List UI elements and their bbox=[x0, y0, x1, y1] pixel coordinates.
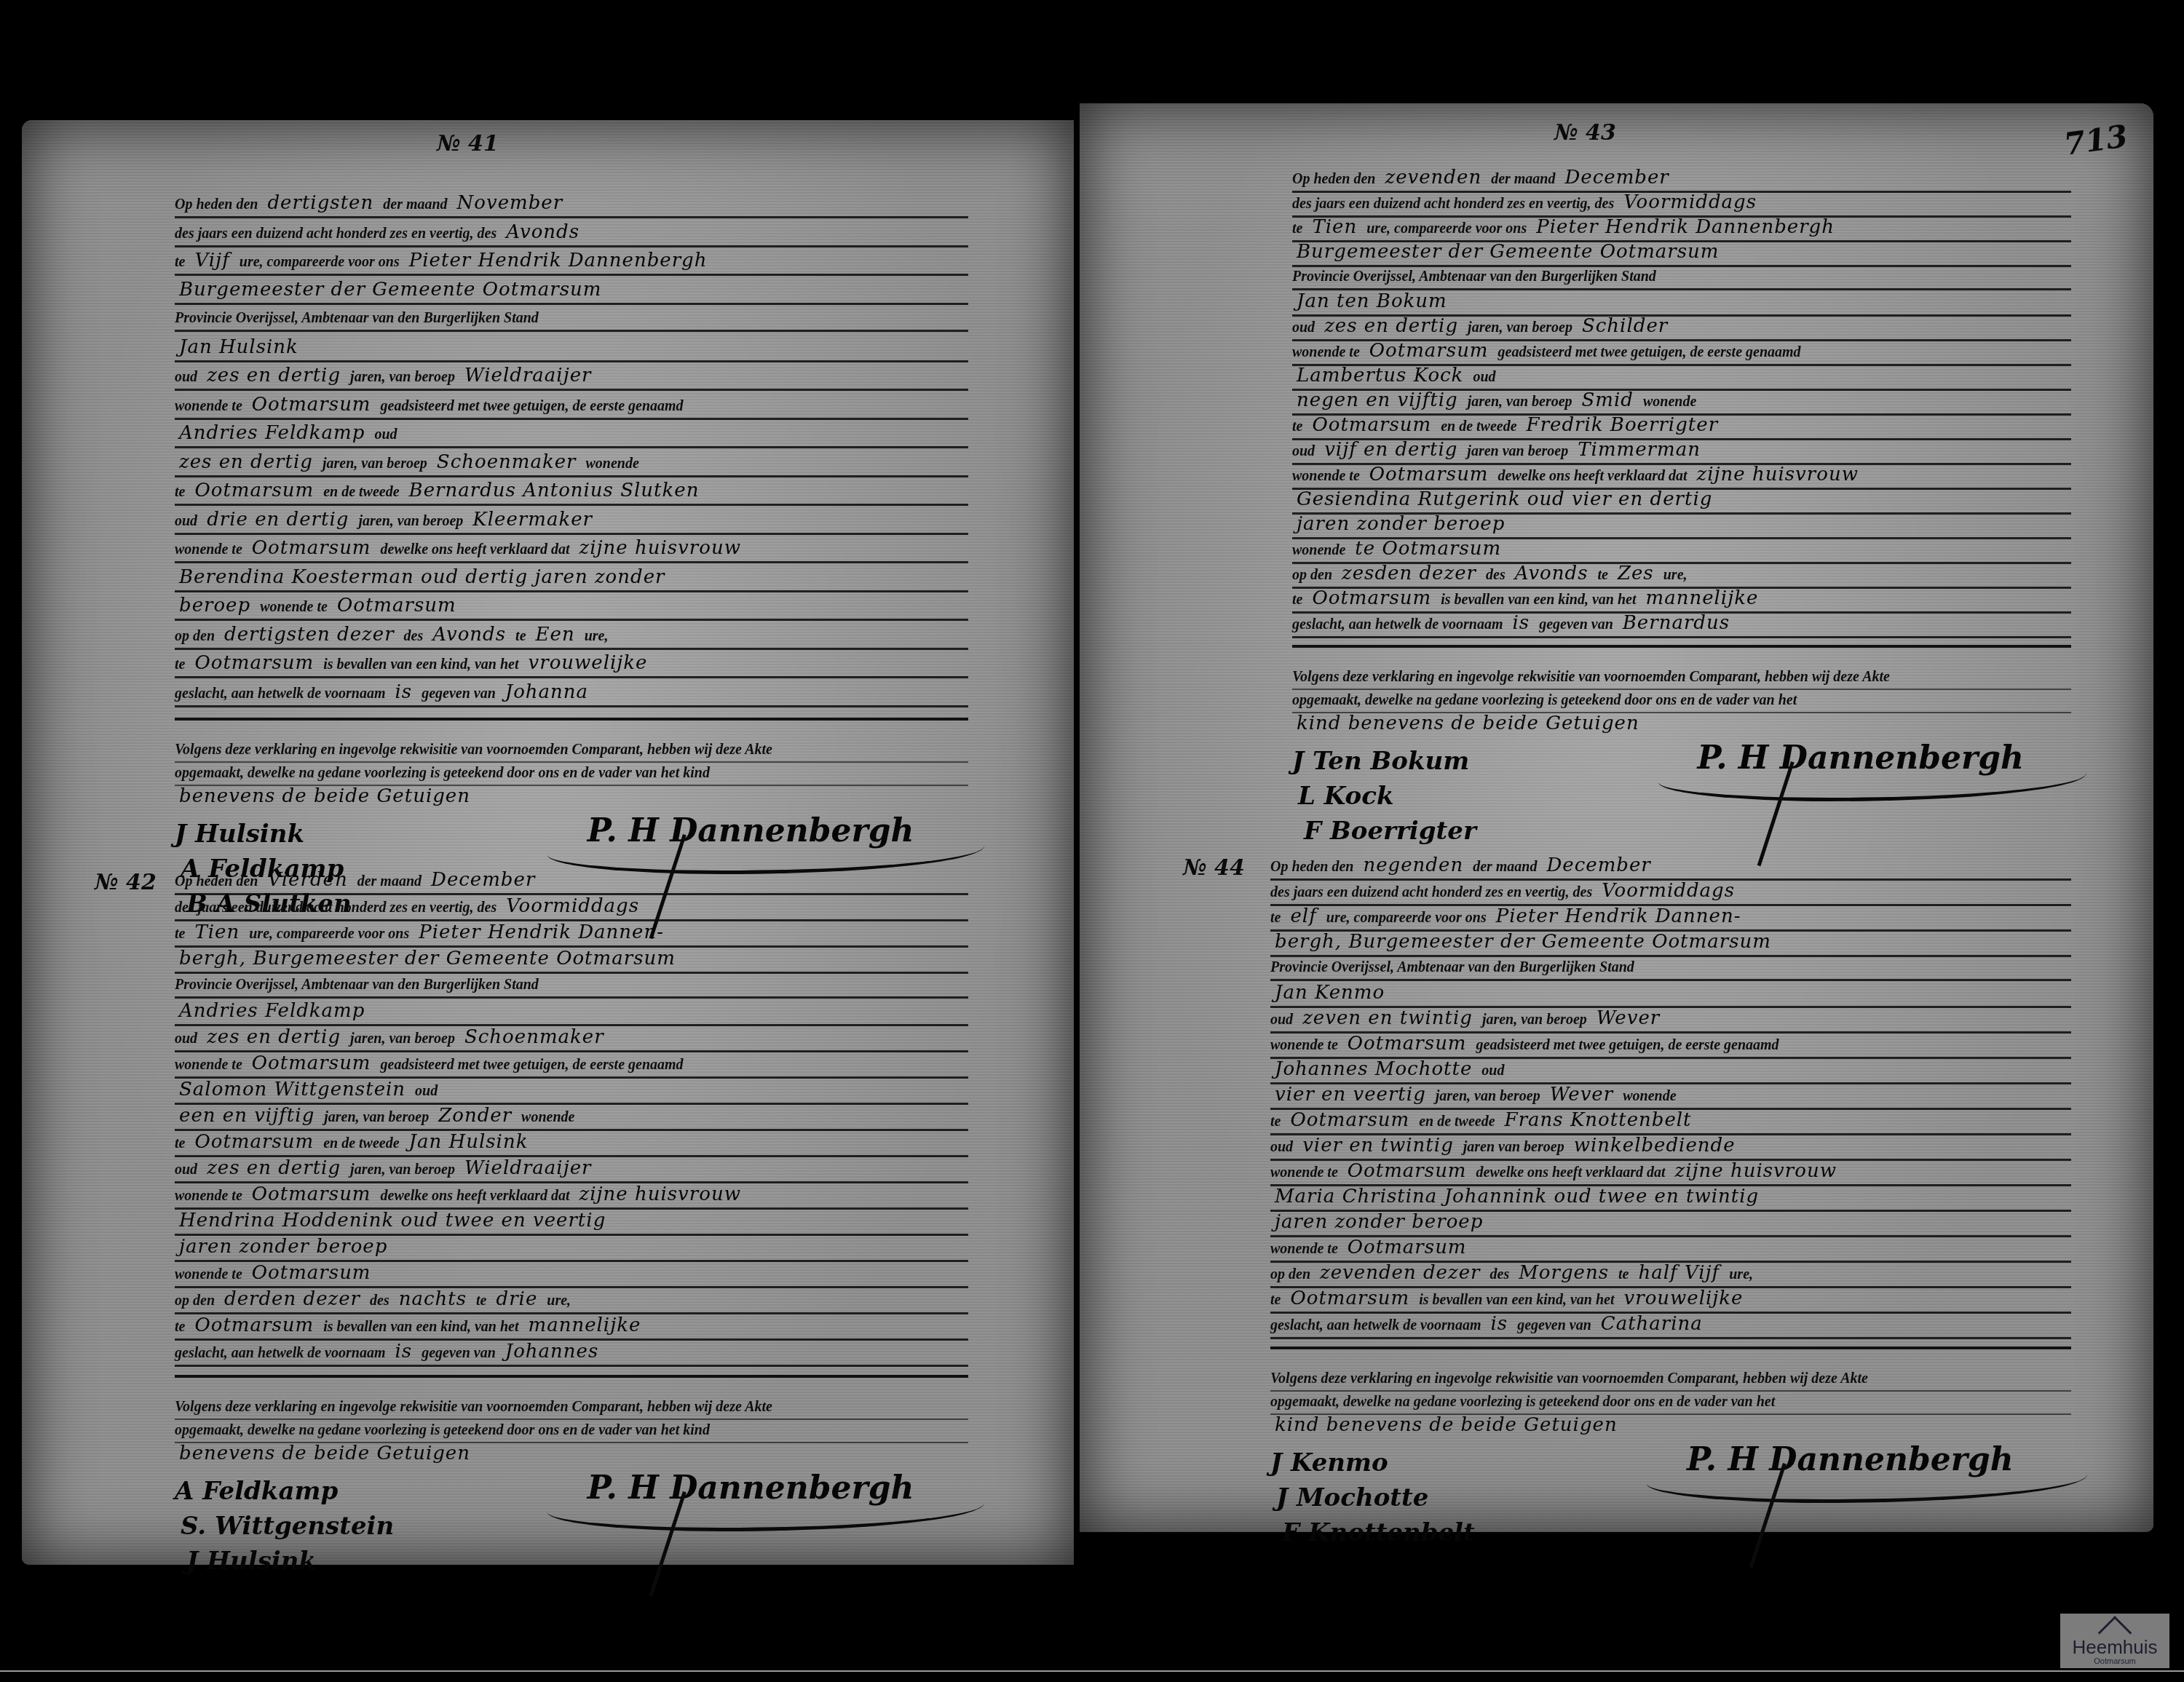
printed-text: te bbox=[175, 656, 185, 673]
printed-text: is bevallen van een kind, van het bbox=[1419, 1292, 1614, 1308]
handwritten-entry: Voormiddags bbox=[506, 895, 639, 917]
printed-text: dewelke ons heeft verklaard dat bbox=[381, 1188, 570, 1204]
printed-text: der maand bbox=[357, 873, 422, 889]
handwritten-entry: Jan Kenmo bbox=[1275, 982, 1385, 1004]
register-line: te Ootmarsum is bevallen van een kind, v… bbox=[175, 653, 968, 678]
handwritten-entry: Ootmarsum bbox=[1290, 1288, 1409, 1309]
printed-text: te bbox=[1292, 221, 1302, 237]
printed-text: op den bbox=[1270, 1266, 1310, 1282]
printed-text: wonende bbox=[521, 1109, 574, 1125]
register-line: Provincie Overijssel, Ambtenaar van den … bbox=[1292, 266, 2071, 290]
handwritten-entry: mannelijke bbox=[1646, 587, 1759, 609]
printed-text: wonende te bbox=[1270, 1037, 1338, 1053]
register-line: Op heden den dertigsten der maand Novemb… bbox=[175, 193, 968, 218]
register-line: Andries Feldkamp bbox=[175, 1001, 968, 1026]
register-line: oud zes en dertig jaren, van beroep Scho… bbox=[175, 1027, 968, 1052]
closing-text: benevens de beide Getuigen bbox=[179, 785, 470, 807]
handwritten-entry: Gesiendina Rutgerink oud vier en dertig bbox=[1297, 488, 1712, 510]
handwritten-entry: zijne huisvrouw bbox=[579, 1183, 741, 1205]
printed-text: dewelke ons heeft verklaard dat bbox=[1476, 1165, 1666, 1181]
printed-text: oud bbox=[1270, 1139, 1293, 1155]
register-line: jaren zonder beroep bbox=[175, 1237, 968, 1262]
handwritten-entry: Ootmarsum bbox=[1348, 1237, 1467, 1258]
act-number: № 43 bbox=[1554, 120, 1616, 146]
act-number: № 41 bbox=[437, 131, 499, 156]
handwritten-entry: Ootmarsum bbox=[252, 537, 371, 559]
register-line: des jaars een duizend acht honderd zes e… bbox=[1292, 192, 2071, 218]
printed-text: wonende bbox=[1623, 1088, 1676, 1104]
register-line: wonende te Ootmarsum bbox=[175, 1263, 968, 1288]
handwritten-entry: vier en twintig bbox=[1302, 1135, 1454, 1157]
closing-line: opgemaakt, dewelke na gedane voorlezing … bbox=[175, 763, 968, 786]
register-line: Burgemeester der Gemeente Ootmarsum bbox=[175, 279, 968, 305]
handwritten-entry: Kleermaker bbox=[472, 509, 593, 531]
handwritten-entry: Avonds bbox=[432, 624, 506, 646]
register-line: Andries Feldkamp oud bbox=[175, 423, 968, 448]
printed-text: ure, bbox=[547, 1293, 571, 1309]
handwritten-entry: Johannes bbox=[505, 1341, 599, 1362]
printed-text: ure, compareerde voor ons bbox=[249, 926, 409, 942]
printed-text: des jaars een duizend acht honderd zes e… bbox=[175, 900, 496, 916]
handwritten-entry: zes en dertig bbox=[207, 1026, 341, 1048]
handwritten-entry: zes en dertig bbox=[1324, 315, 1458, 337]
handwritten-entry: Ootmarsum bbox=[194, 1131, 314, 1153]
printed-text: wonende te bbox=[1292, 468, 1360, 484]
handwritten-entry: dertigsten dezer bbox=[224, 624, 395, 646]
section-divider bbox=[1292, 645, 2071, 648]
printed-text: Op heden den bbox=[175, 873, 258, 889]
register-line: te Ootmarsum en de tweede Bernardus Anto… bbox=[175, 480, 968, 506]
handwritten-entry: negenden bbox=[1363, 854, 1463, 876]
register-line: te Ootmarsum en de tweede Jan Hulsink bbox=[175, 1132, 968, 1157]
printed-text: geadsisteerd met twee getuigen, de eerst… bbox=[1476, 1037, 1779, 1053]
handwritten-entry: bergh, Burgemeester der Gemeente Ootmars… bbox=[179, 948, 676, 969]
printed-text: jaren van beroep bbox=[1463, 1139, 1564, 1155]
handwritten-entry: Jan ten Bokum bbox=[1297, 290, 1447, 312]
handwritten-entry: Ootmarsum bbox=[252, 1262, 371, 1284]
handwritten-entry: jaren zonder beroep bbox=[1297, 513, 1505, 535]
handwritten-entry: Smid bbox=[1582, 389, 1634, 411]
act-number: № 44 bbox=[1183, 855, 1245, 881]
handwritten-entry: Ootmarsum bbox=[194, 1314, 314, 1336]
printed-text: oud bbox=[1473, 369, 1495, 385]
handwritten-entry: Pieter Hendrik Dannen- bbox=[419, 921, 664, 943]
printed-text: der maand bbox=[1473, 859, 1537, 875]
handwritten-entry: Pieter Hendrik Dannen- bbox=[1496, 905, 1741, 927]
printed-text: oud bbox=[175, 369, 197, 385]
closing-text: kind benevens de beide Getuigen bbox=[1275, 1414, 1618, 1436]
closing-text: Volgens deze verklaring en ingevolge rek… bbox=[1270, 1370, 1868, 1387]
handwritten-entry: Andries Feldkamp bbox=[179, 422, 365, 444]
closing-line: benevens de beide Getuigen bbox=[175, 1443, 968, 1467]
section-divider bbox=[175, 1375, 968, 1378]
printed-text: jaren, van beroep bbox=[1468, 394, 1572, 410]
printed-text: geslacht, aan hetwelk de voornaam bbox=[1270, 1317, 1481, 1333]
printed-text: Op heden den bbox=[1292, 171, 1375, 187]
printed-text: oud bbox=[175, 513, 197, 529]
handwritten-entry: Salomon Wittgenstein bbox=[179, 1079, 405, 1100]
handwritten-entry: Voormiddags bbox=[1602, 880, 1735, 902]
handwritten-entry: te Ootmarsum bbox=[1355, 538, 1501, 560]
handwritten-entry: Ootmarsum bbox=[1290, 1109, 1409, 1131]
closing-line: Volgens deze verklaring en ingevolge rek… bbox=[1270, 1368, 2071, 1392]
register-line: wonende te Ootmarsum dewelke ons heeft v… bbox=[1292, 464, 2071, 490]
handwritten-entry: Maria Christina Johannink oud twee en tw… bbox=[1275, 1186, 1759, 1207]
handwritten-entry: Ootmarsum bbox=[1348, 1033, 1467, 1055]
handwritten-entry: Frans Knottenbelt bbox=[1505, 1109, 1692, 1131]
register-line: op den derden dezer des nachts te drie u… bbox=[175, 1289, 968, 1314]
register-line: bergh, Burgemeester der Gemeente Ootmars… bbox=[175, 948, 968, 974]
register-line: geslacht, aan hetwelk de voornaam is geg… bbox=[1270, 1314, 2071, 1339]
handwritten-entry: Schilder bbox=[1582, 315, 1668, 337]
printed-text: Provincie Overijssel, Ambtenaar van den … bbox=[1270, 959, 1634, 975]
register-line: Jan ten Bokum bbox=[1292, 291, 2071, 317]
register-line: oud zes en dertig jaren, van beroep Wiel… bbox=[175, 365, 968, 391]
printed-text: gegeven van bbox=[422, 686, 496, 702]
register-line: des jaars een duizend acht honderd zes e… bbox=[175, 222, 968, 247]
register-line: wonende te Ootmarsum dewelke ons heeft v… bbox=[175, 1184, 968, 1210]
register-line: jaren zonder beroep bbox=[1270, 1212, 2071, 1237]
printed-text: Provincie Overijssel, Ambtenaar van den … bbox=[1292, 269, 1656, 285]
handwritten-entry: Zes bbox=[1618, 563, 1654, 584]
printed-text: oud bbox=[175, 1162, 197, 1178]
handwritten-entry: vrouwelijke bbox=[1624, 1288, 1744, 1309]
closing-line: Volgens deze verklaring en ingevolge rek… bbox=[1292, 667, 2071, 690]
printed-text: te bbox=[476, 1293, 486, 1309]
handwritten-entry: half Vijf bbox=[1638, 1262, 1720, 1284]
printed-text: Provincie Overijssel, Ambtenaar van den … bbox=[175, 977, 539, 993]
handwritten-entry: Johanna bbox=[505, 681, 588, 703]
printed-text: ure, bbox=[1663, 567, 1688, 583]
register-line: op den dertigsten dezer des Avonds te Ee… bbox=[175, 624, 968, 650]
handwritten-entry: December bbox=[1564, 167, 1669, 189]
printed-text: is bevallen van een kind, van het bbox=[1441, 592, 1636, 608]
handwritten-entry: Ootmarsum bbox=[252, 1052, 371, 1074]
printed-text: geadsisteerd met twee getuigen, de eerst… bbox=[381, 398, 684, 414]
printed-text: te bbox=[515, 628, 526, 644]
witness-signature: F Knottenbelt bbox=[1282, 1518, 1475, 1547]
printed-text: wonende te bbox=[1292, 344, 1360, 360]
handwritten-entry: Ootmarsum bbox=[337, 595, 456, 616]
register-line: te elf ure, compareerde voor ons Pieter … bbox=[1270, 906, 2071, 932]
handwritten-entry: Fredrik Boerrigter bbox=[1527, 414, 1719, 436]
printed-text: des bbox=[1490, 1266, 1510, 1282]
register-line: Jan Kenmo bbox=[1270, 983, 2071, 1008]
handwritten-entry: Lambertus Kock bbox=[1297, 365, 1463, 386]
handwritten-entry: is bbox=[395, 1341, 412, 1362]
printed-text: wonende te bbox=[175, 1266, 242, 1282]
handwritten-entry: Zonder bbox=[438, 1105, 512, 1127]
printed-text: te bbox=[175, 926, 185, 942]
printed-text: jaren, van beroep bbox=[350, 369, 455, 385]
register-line: wonende te Ootmarsum geadsisteerd met tw… bbox=[175, 394, 968, 420]
handwritten-entry: Berendina Koesterman oud dertig jaren zo… bbox=[179, 566, 665, 588]
handwritten-entry: Johannes Mochotte bbox=[1275, 1058, 1472, 1080]
register-line: Gesiendina Rutgerink oud vier en dertig bbox=[1292, 489, 2071, 515]
printed-text: ure, compareerde voor ons bbox=[1326, 910, 1487, 926]
handwritten-entry: Pieter Hendrik Dannenbergh bbox=[409, 250, 708, 271]
handwritten-entry: Ootmarsum bbox=[1312, 414, 1431, 436]
printed-text: oud bbox=[1292, 320, 1315, 336]
printed-text: te bbox=[1292, 418, 1302, 435]
witness-signature: J Hulsink bbox=[186, 1547, 316, 1576]
printed-text: gegeven van bbox=[422, 1345, 496, 1361]
register-line: geslacht, aan hetwelk de voornaam is geg… bbox=[175, 1341, 968, 1367]
register-line: wonende te Ootmarsum dewelke ons heeft v… bbox=[175, 538, 968, 563]
register-line: Provincie Overijssel, Ambtenaar van den … bbox=[175, 975, 968, 999]
register-line: te Ootmarsum is bevallen van een kind, v… bbox=[175, 1315, 968, 1341]
handwritten-entry: Jan Hulsink bbox=[409, 1131, 529, 1153]
register-line: oud zes en dertig jaren, van beroep Wiel… bbox=[175, 1158, 968, 1183]
register-line: een en vijftig jaren, van beroep Zonder … bbox=[175, 1106, 968, 1131]
handwritten-entry: is bbox=[395, 681, 412, 703]
handwritten-entry: Ootmarsum bbox=[1369, 340, 1489, 362]
printed-text: gegeven van bbox=[1517, 1317, 1591, 1333]
printed-text: des jaars een duizend acht honderd zes e… bbox=[1292, 196, 1614, 212]
printed-text: jaren, van beroep bbox=[1482, 1012, 1587, 1028]
handwritten-entry: Wever bbox=[1597, 1007, 1661, 1029]
handwritten-entry: Morgens bbox=[1519, 1262, 1609, 1284]
handwritten-entry: zijne huisvrouw bbox=[579, 537, 741, 559]
handwritten-entry: zes en dertig bbox=[207, 365, 341, 386]
handwritten-entry: vier en veertig bbox=[1275, 1084, 1426, 1106]
register-line: te Ootmarsum is bevallen van een kind, v… bbox=[1292, 588, 2071, 614]
register-line: beroep wonende te Ootmarsum bbox=[175, 595, 968, 621]
heemhuis-watermark-logo: Heemhuis Ootmarsum bbox=[2060, 1614, 2169, 1668]
register-line: Johannes Mochotte oud bbox=[1270, 1059, 2071, 1084]
closing-text: kind benevens de beide Getuigen bbox=[1297, 713, 1639, 734]
closing-line: Volgens deze verklaring en ingevolge rek… bbox=[175, 1397, 968, 1420]
register-line: oud zes en dertig jaren, van beroep Schi… bbox=[1292, 316, 2071, 341]
register-line: oud zeven en twintig jaren, van beroep W… bbox=[1270, 1008, 2071, 1034]
closing-line: opgemaakt, dewelke na gedane voorlezing … bbox=[1270, 1392, 2071, 1415]
printed-text: geslacht, aan hetwelk de voornaam bbox=[175, 1345, 385, 1361]
printed-text: wonende te bbox=[260, 599, 328, 615]
printed-text: en de tweede bbox=[1441, 418, 1516, 435]
printed-text: wonende te bbox=[175, 1057, 242, 1073]
handwritten-entry: vrouwelijke bbox=[529, 652, 648, 674]
register-line: Op heden den negenden der maand December bbox=[1270, 855, 2071, 881]
printed-text: wonende te bbox=[1270, 1165, 1338, 1181]
register-line: wonende te Ootmarsum dewelke ons heeft v… bbox=[1270, 1161, 2071, 1186]
witness-signature: J Mochotte bbox=[1276, 1483, 1428, 1512]
handwritten-entry: Jan Hulsink bbox=[179, 336, 298, 358]
register-line: vier en veertig jaren, van beroep Wever … bbox=[1270, 1084, 2071, 1110]
handwritten-entry: Schoenmaker bbox=[437, 451, 577, 473]
handwritten-entry: zes en dertig bbox=[179, 451, 313, 473]
scan-bottom-edge bbox=[0, 1670, 2184, 1672]
handwritten-entry: Pieter Hendrik Dannenbergh bbox=[1536, 216, 1835, 238]
closing-text: Volgens deze verklaring en ingevolge rek… bbox=[175, 1399, 772, 1415]
printed-text: te bbox=[175, 254, 185, 270]
handwritten-entry: December bbox=[431, 869, 535, 891]
handwritten-entry: Ootmarsum bbox=[1312, 587, 1431, 609]
register-line: Berendina Koesterman oud dertig jaren zo… bbox=[175, 567, 968, 592]
printed-text: des bbox=[404, 628, 424, 644]
handwritten-entry: winkelbediende bbox=[1574, 1135, 1736, 1157]
printed-text: ure, bbox=[585, 628, 609, 644]
handwritten-entry: drie en dertig bbox=[207, 509, 349, 531]
handwritten-entry: Voormiddags bbox=[1623, 191, 1757, 213]
register-line: te Ootmarsum en de tweede Fredrik Boerri… bbox=[1292, 415, 2071, 440]
printed-text: jaren, van beroep bbox=[324, 1109, 429, 1125]
printed-text: oud bbox=[374, 427, 397, 443]
printed-text: te bbox=[1597, 567, 1607, 583]
register-line: jaren zonder beroep bbox=[1292, 514, 2071, 539]
handwritten-entry: zes en dertig bbox=[207, 1157, 341, 1179]
printed-text: oud bbox=[415, 1083, 438, 1099]
handwritten-entry: Tien bbox=[1312, 216, 1357, 238]
printed-text: geslacht, aan hetwelk de voornaam bbox=[175, 686, 385, 702]
handwritten-entry: drie bbox=[496, 1288, 538, 1310]
printed-text: jaren, van beroep bbox=[358, 513, 463, 529]
closing-line: Volgens deze verklaring en ingevolge rek… bbox=[175, 739, 968, 763]
printed-text: Op heden den bbox=[1270, 859, 1353, 875]
register-line: des jaars een duizend acht honderd zes e… bbox=[1270, 881, 2071, 906]
register-line: te Ootmarsum en de tweede Frans Knottenb… bbox=[1270, 1110, 2071, 1135]
register-line: wonende te Ootmarsum bbox=[1292, 539, 2071, 564]
printed-text: der maand bbox=[1491, 171, 1555, 187]
printed-text: gegeven van bbox=[1539, 616, 1613, 632]
register-line: des jaars een duizend acht honderd zes e… bbox=[175, 896, 968, 921]
handwritten-entry: is bbox=[1512, 612, 1530, 634]
section-divider bbox=[175, 718, 968, 721]
register-line: Lambertus Kock oud bbox=[1292, 365, 2071, 391]
handwritten-entry: Wever bbox=[1550, 1084, 1614, 1106]
register-line: te Tien ure, compareerde voor ons Pieter… bbox=[175, 922, 968, 948]
handwritten-entry: Timmerman bbox=[1578, 439, 1701, 461]
printed-text: en de tweede bbox=[1419, 1114, 1495, 1130]
printed-text: wonende te bbox=[175, 398, 242, 414]
handwritten-entry: elf bbox=[1290, 905, 1316, 927]
printed-text: is bevallen van een kind, van het bbox=[323, 656, 518, 673]
witness-signature: J Kenmo bbox=[1270, 1448, 1388, 1477]
register-line: negen en vijftig jaren, van beroep Smid … bbox=[1292, 390, 2071, 416]
handwritten-entry: Avonds bbox=[1515, 563, 1588, 584]
printed-text: oud bbox=[1270, 1012, 1293, 1028]
handwritten-entry: November bbox=[457, 192, 563, 214]
printed-text: dewelke ons heeft verklaard dat bbox=[1498, 468, 1688, 484]
handwritten-entry: Vijf bbox=[194, 250, 229, 271]
printed-text: oud bbox=[175, 1031, 197, 1047]
register-line: te Ootmarsum is bevallen van een kind, v… bbox=[1270, 1288, 2071, 1314]
witness-signature: S. Wittgenstein bbox=[181, 1512, 394, 1541]
printed-text: te bbox=[1270, 1114, 1281, 1130]
handwritten-entry: Bernardus bbox=[1623, 612, 1730, 634]
closing-text: Volgens deze verklaring en ingevolge rek… bbox=[1292, 669, 1890, 685]
printed-text: wonende te bbox=[175, 1188, 242, 1204]
printed-text: dewelke ons heeft verklaard dat bbox=[381, 542, 570, 558]
printed-text: ure, compareerde voor ons bbox=[1366, 221, 1527, 237]
register-line: te Vijf ure, compareerde voor ons Pieter… bbox=[175, 250, 968, 276]
printed-text: en de tweede bbox=[323, 484, 399, 500]
handwritten-entry: een en vijftig bbox=[179, 1105, 314, 1127]
closing-text: opgemaakt, dewelke na gedane voorlezing … bbox=[175, 1422, 710, 1438]
closing-line: kind benevens de beide Getuigen bbox=[1270, 1415, 2071, 1438]
section-divider bbox=[1270, 1346, 2071, 1349]
printed-text: ure, bbox=[1729, 1266, 1753, 1282]
register-line: Hendrina Hoddenink oud twee en veertig bbox=[175, 1210, 968, 1236]
closing-text: opgemaakt, dewelke na gedane voorlezing … bbox=[175, 765, 710, 781]
register-line: Op heden den Vierden der maand December bbox=[175, 870, 968, 895]
closing-line: opgemaakt, dewelke na gedane voorlezing … bbox=[175, 1420, 968, 1443]
handwritten-entry: Bernardus Antonius Slutken bbox=[409, 480, 700, 501]
handwritten-entry: Burgemeester der Gemeente Ootmarsum bbox=[179, 279, 602, 301]
register-line: wonende te Ootmarsum geadsisteerd met tw… bbox=[1292, 341, 2071, 366]
handwritten-entry: zeven en twintig bbox=[1302, 1007, 1473, 1029]
register-line: op den zesden dezer des Avonds te Zes ur… bbox=[1292, 563, 2071, 589]
printed-text: oud bbox=[1481, 1063, 1504, 1079]
register-line: Salomon Wittgenstein oud bbox=[175, 1079, 968, 1105]
printed-text: jaren, van beroep bbox=[350, 1031, 455, 1047]
handwritten-entry: jaren zonder beroep bbox=[1275, 1211, 1483, 1233]
handwritten-entry: Tien bbox=[194, 921, 240, 943]
printed-text: Provincie Overijssel, Ambtenaar van den … bbox=[175, 310, 539, 326]
register-line: Maria Christina Johannink oud twee en tw… bbox=[1270, 1186, 2071, 1212]
handwritten-entry: zevenden dezer bbox=[1320, 1262, 1481, 1284]
printed-text: des jaars een duizend acht honderd zes e… bbox=[1270, 884, 1592, 900]
register-line: oud vier en twintig jaren van beroep win… bbox=[1270, 1135, 2071, 1161]
closing-line: kind benevens de beide Getuigen bbox=[1292, 713, 2071, 737]
handwritten-entry: Catharina bbox=[1601, 1313, 1703, 1335]
witness-signature: F Boerrigter bbox=[1304, 817, 1476, 846]
closing-text: opgemaakt, dewelke na gedane voorlezing … bbox=[1270, 1394, 1775, 1410]
printed-text: ure, compareerde voor ons bbox=[240, 254, 400, 270]
printed-text: te bbox=[175, 1319, 185, 1335]
register-line: geslacht, aan hetwelk de voornaam is geg… bbox=[1292, 613, 2071, 638]
register-line: op den zevenden dezer des Morgens te hal… bbox=[1270, 1263, 2071, 1288]
handwritten-entry: Wieldraaijer bbox=[464, 365, 592, 386]
witness-signature: J Ten Bokum bbox=[1292, 747, 1469, 776]
register-line: wonende te Ootmarsum geadsisteerd met tw… bbox=[1270, 1034, 2071, 1059]
printed-text: wonende te bbox=[1270, 1241, 1338, 1257]
printed-text: te bbox=[175, 484, 185, 500]
register-line: oud vijf en dertig jaren van beroep Timm… bbox=[1292, 440, 2071, 465]
closing-text: benevens de beide Getuigen bbox=[179, 1443, 470, 1464]
printed-text: jaren, van beroep bbox=[350, 1162, 455, 1178]
printed-text: te bbox=[175, 1135, 185, 1151]
handwritten-entry: Andries Feldkamp bbox=[179, 1000, 365, 1022]
witness-signature: J Hulsink bbox=[175, 820, 304, 849]
printed-text: geslacht, aan hetwelk de voornaam bbox=[1292, 616, 1503, 632]
handwritten-entry: Schoenmaker bbox=[464, 1026, 604, 1048]
printed-text: des bbox=[370, 1293, 389, 1309]
register-line: oud drie en dertig jaren, van beroep Kle… bbox=[175, 509, 968, 535]
handwritten-entry: mannelijke bbox=[529, 1314, 641, 1336]
printed-text: jaren van beroep bbox=[1467, 443, 1568, 459]
printed-text: oud bbox=[1292, 443, 1315, 459]
act-number: № 42 bbox=[95, 870, 157, 895]
witness-signature: A Feldkamp bbox=[175, 1477, 338, 1506]
handwritten-entry: dertigsten bbox=[267, 192, 373, 214]
handwritten-entry: zijne huisvrouw bbox=[1675, 1160, 1837, 1182]
handwritten-entry: Wieldraaijer bbox=[464, 1157, 592, 1179]
register-line: zes en dertig jaren, van beroep Schoenma… bbox=[175, 452, 968, 477]
printed-text: wonende bbox=[1643, 394, 1696, 410]
printed-text: geadsisteerd met twee getuigen, de eerst… bbox=[381, 1057, 684, 1073]
printed-text: en de tweede bbox=[323, 1135, 399, 1151]
printed-text: op den bbox=[175, 1293, 215, 1309]
handwritten-entry: bergh, Burgemeester der Gemeente Ootmars… bbox=[1275, 931, 1771, 953]
printed-text: jaren, van beroep bbox=[1436, 1088, 1540, 1104]
handwritten-entry: Ootmarsum bbox=[194, 652, 314, 674]
printed-text: op den bbox=[1292, 567, 1332, 583]
printed-text: wonende bbox=[1292, 542, 1345, 558]
handwritten-entry: zijne huisvrouw bbox=[1697, 464, 1859, 485]
printed-text: op den bbox=[175, 628, 215, 644]
handwritten-entry: Ootmarsum bbox=[194, 480, 314, 501]
handwritten-entry: Een bbox=[536, 624, 575, 646]
